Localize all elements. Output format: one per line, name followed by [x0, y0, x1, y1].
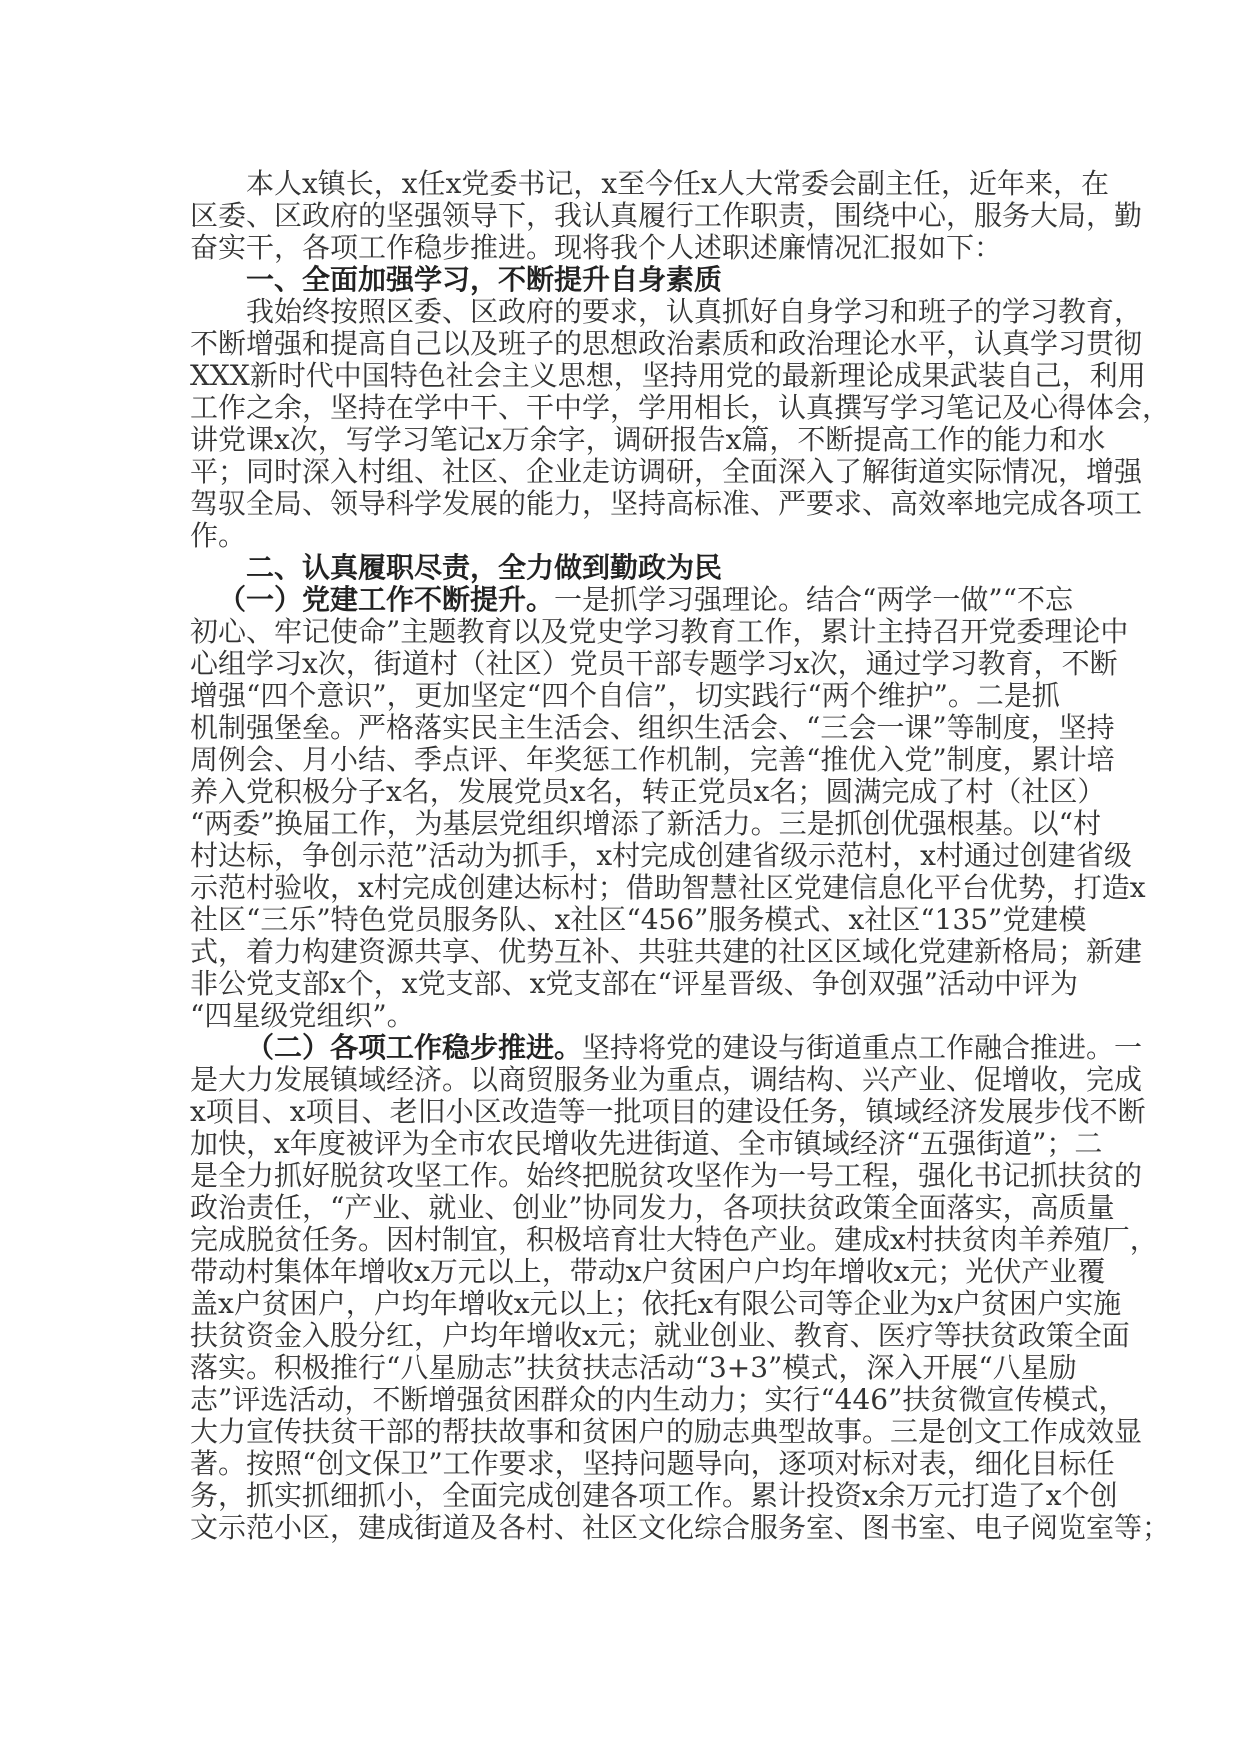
- text-line: 奋实干，各项工作稳步推进。现将我个人述职述廉情况汇报如下：: [190, 232, 1052, 264]
- text-line: 驾驭全局、领导科学发展的能力，坚持高标准、严要求、高效率地完成各项工: [190, 488, 1052, 520]
- text-line: 加快，x年度被评为全市农民增收先进街道、全市镇域经济“五强街道”；二: [190, 1128, 1052, 1160]
- text-line: XXX新时代中国特色社会主义思想，坚持用党的最新理论成果武装自己，利用: [190, 360, 1052, 392]
- text-line: x项目、x项目、老旧小区改造等一批项目的建设任务，镇域经济发展步伐不断: [190, 1096, 1052, 1128]
- text-line: 是全力抓好脱贫攻坚工作。始终把脱贫攻坚作为一号工程，强化书记抓扶贫的: [190, 1160, 1052, 1192]
- text-line: 不断增强和提高自己以及班子的思想政治素质和政治理论水平，认真学习贯彻: [190, 328, 1052, 360]
- text-line: 增强“四个意识”，更加坚定“四个自信”，切实践行“两个维护”。二是抓: [190, 680, 1052, 712]
- text-line: 完成脱贫任务。因村制宜，积极培育壮大特色产业。建成x村扶贫肉羊养殖厂，: [190, 1224, 1052, 1256]
- subsection-lead-2: （二）各项工作稳步推进。: [246, 1031, 582, 1064]
- text-line: 文示范小区，建成街道及各村、社区文化综合服务室、图书室、电子阅览室等；: [190, 1512, 1052, 1544]
- text-line: 初心、牢记使命”主题教育以及党史学习教育工作，累计主持召开党委理论中: [190, 616, 1052, 648]
- text-line: 盖x户贫困户，户均年增收x元以上；依托x有限公司等企业为x户贫困户实施: [190, 1288, 1052, 1320]
- text-line: 是大力发展镇域经济。以商贸服务业为重点，调结构、兴产业、促增收，完成: [190, 1064, 1052, 1096]
- text-line: 我始终按照区委、区政府的要求，认真抓好自身学习和班子的学习教育，: [190, 296, 1052, 328]
- text-span: 坚持将党的建设与街道重点工作融合推进。一: [582, 1031, 1142, 1064]
- section-heading-1: 一、全面加强学习，不断提升自身素质: [190, 264, 1052, 296]
- section-1-paragraph: 我始终按照区委、区政府的要求，认真抓好自身学习和班子的学习教育， 不断增强和提高…: [190, 296, 1052, 552]
- text-line: 政治责任，“产业、就业、创业”协同发力，各项扶贫政策全面落实，高质量: [190, 1192, 1052, 1224]
- text-line-with-lead: （二）各项工作稳步推进。坚持将党的建设与街道重点工作融合推进。一: [190, 1032, 1052, 1064]
- document-page: 本人x镇长，x任x党委书记，x至今任x人大常委会副主任，近年来，在 区委、区政府…: [190, 168, 1052, 1544]
- subsection-lead-1: （一）党建工作不断提升。: [218, 583, 554, 616]
- text-line: 务，抓实抓细抓小，全面完成创建各项工作。累计投资x余万元打造了x个创: [190, 1480, 1052, 1512]
- text-line: 区委、区政府的坚强领导下，我认真履行工作职责，围绕中心，服务大局，勤: [190, 200, 1052, 232]
- text-line: 心组学习x次，街道村（社区）党员干部专题学习x次，通过学习教育，不断: [190, 648, 1052, 680]
- text-line: 机制强堡垒。严格落实民主生活会、组织生活会、“三会一课”等制度，坚持: [190, 712, 1052, 744]
- text-line: 带动村集体年增收x万元以上，带动x户贫困户户均年增收x元；光伏产业覆: [190, 1256, 1052, 1288]
- text-line: 非公党支部x个，x党支部、x党支部在“评星晋级、争创双强”活动中评为: [190, 968, 1052, 1000]
- section-heading-2: 二、认真履职尽责，全力做到勤政为民: [190, 552, 1052, 584]
- text-line: 大力宣传扶贫干部的帮扶故事和贫困户的励志典型故事。三是创文工作成效显: [190, 1416, 1052, 1448]
- text-line-with-lead: （一）党建工作不断提升。一是抓学习强理论。结合“两学一做”“不忘: [190, 584, 1052, 616]
- text-span: 一是抓学习强理论。结合“两学一做”“不忘: [554, 583, 1073, 616]
- text-line: 村达标，争创示范”活动为抓手，x村完成创建省级示范村，x村通过创建省级: [190, 840, 1052, 872]
- subsection-2-paragraph: （二）各项工作稳步推进。坚持将党的建设与街道重点工作融合推进。一 是大力发展镇域…: [190, 1032, 1052, 1544]
- text-line: 本人x镇长，x任x党委书记，x至今任x人大常委会副主任，近年来，在: [190, 168, 1052, 200]
- text-line: 扶贫资金入股分红，户均年增收x元；就业创业、教育、医疗等扶贫政策全面: [190, 1320, 1052, 1352]
- text-line: 社区“三乐”特色党员服务队、x社区“456”服务模式、x社区“135”党建模: [190, 904, 1052, 936]
- text-line: 落实。积极推行“八星励志”扶贫扶志活动“3+3”模式，深入开展“八星励: [190, 1352, 1052, 1384]
- subsection-1-paragraph: （一）党建工作不断提升。一是抓学习强理论。结合“两学一做”“不忘 初心、牢记使命…: [190, 584, 1052, 1032]
- text-line: 式，着力构建资源共享、优势互补、共驻共建的社区区域化党建新格局；新建: [190, 936, 1052, 968]
- text-line: “两委”换届工作，为基层党组织增添了新活力。三是抓创优强根基。以“村: [190, 808, 1052, 840]
- text-line: 工作之余，坚持在学中干、干中学，学用相长，认真撰写学习笔记及心得体会，: [190, 392, 1052, 424]
- text-line: 示范村验收，x村完成创建达标村；借助智慧社区党建信息化平台优势，打造x: [190, 872, 1052, 904]
- text-line: “四星级党组织”。: [190, 1000, 1052, 1032]
- text-line: 讲党课x次，写学习笔记x万余字，调研报告x篇，不断提高工作的能力和水: [190, 424, 1052, 456]
- text-line: 著。按照“创文保卫”工作要求，坚持问题导向，逐项对标对表，细化目标任: [190, 1448, 1052, 1480]
- intro-paragraph: 本人x镇长，x任x党委书记，x至今任x人大常委会副主任，近年来，在 区委、区政府…: [190, 168, 1052, 264]
- text-line: 周例会、月小结、季点评、年奖惩工作机制，完善“推优入党”制度，累计培: [190, 744, 1052, 776]
- text-line: 养入党积极分子x名，发展党员x名，转正党员x名；圆满完成了村（社区）: [190, 776, 1052, 808]
- text-line: 志”评选活动，不断增强贫困群众的内生动力；实行“446”扶贫微宣传模式，: [190, 1384, 1052, 1416]
- text-line: 作。: [190, 520, 1052, 552]
- text-line: 平；同时深入村组、社区、企业走访调研，全面深入了解街道实际情况，增强: [190, 456, 1052, 488]
